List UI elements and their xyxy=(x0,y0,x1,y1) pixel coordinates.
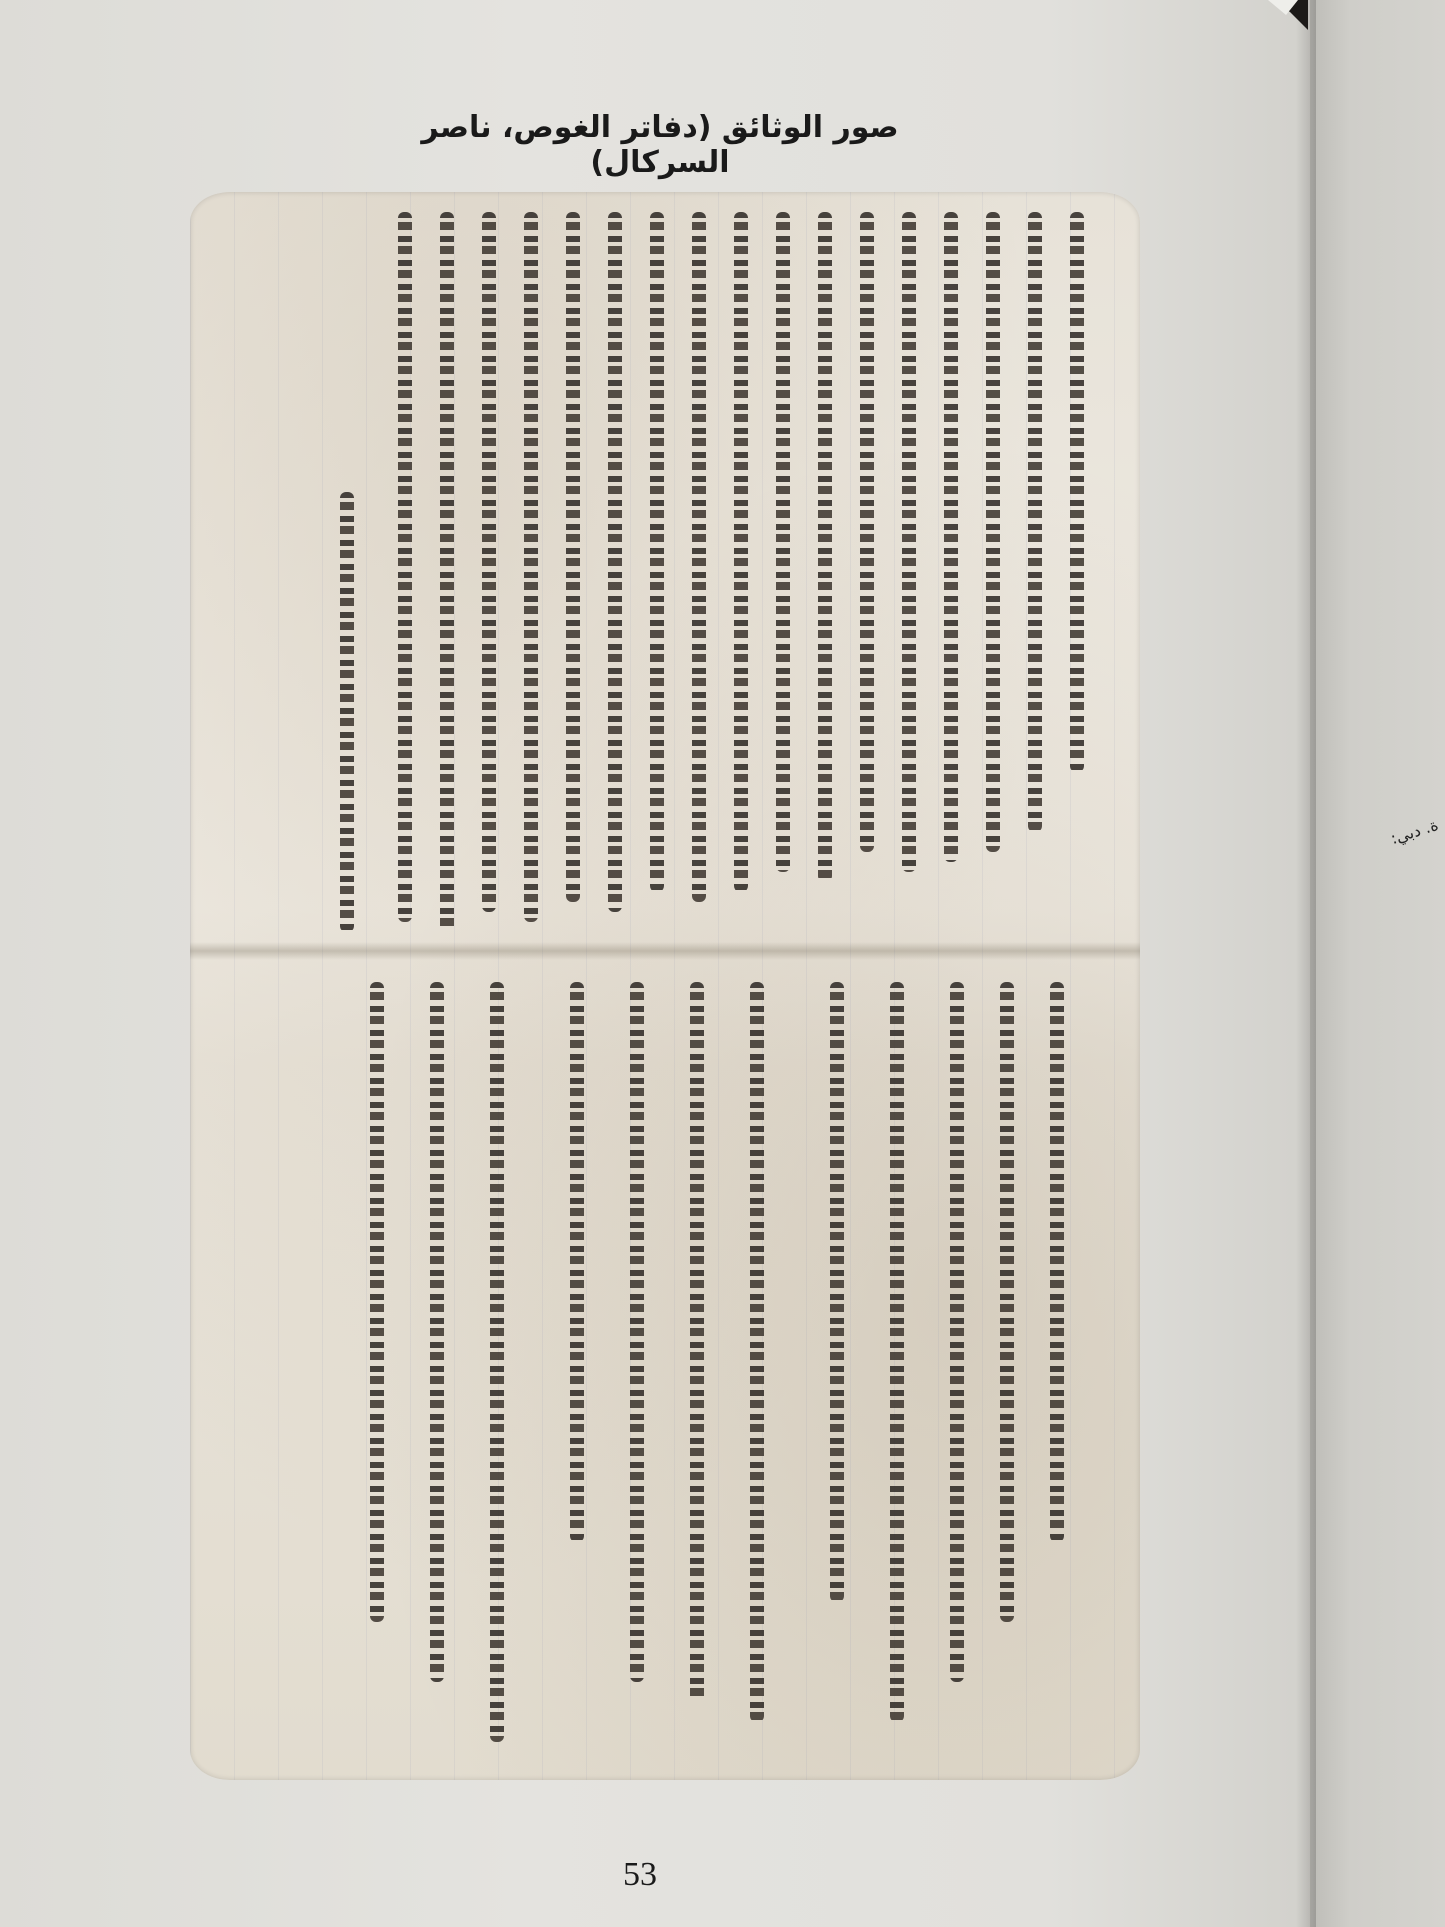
handwritten-line xyxy=(776,212,790,872)
page-number: 53 xyxy=(590,1856,690,1894)
handwritten-line xyxy=(524,212,538,922)
handwritten-line xyxy=(490,982,504,1742)
handwritten-line xyxy=(950,982,964,1682)
page-title: صور الوثائق (دفاتر الغوص، ناصر السركال) xyxy=(370,110,950,180)
handwritten-line xyxy=(690,982,704,1702)
handwritten-line xyxy=(340,492,354,932)
manuscript-handwriting xyxy=(190,192,1140,1780)
handwritten-line xyxy=(750,982,764,1722)
handwritten-line xyxy=(370,982,384,1622)
handwritten-line xyxy=(902,212,916,872)
handwritten-line xyxy=(440,212,454,932)
handwritten-line xyxy=(1050,982,1064,1542)
handwritten-line xyxy=(734,212,748,892)
right-book-page xyxy=(1310,0,1445,1927)
handwritten-line xyxy=(1028,212,1042,832)
handwritten-line xyxy=(818,212,832,882)
handwritten-line xyxy=(986,212,1000,852)
handwritten-line xyxy=(944,212,958,862)
handwritten-line xyxy=(860,212,874,852)
handwritten-line xyxy=(630,982,644,1682)
handwritten-line xyxy=(566,212,580,902)
handwritten-line xyxy=(608,212,622,912)
handwritten-line xyxy=(1070,212,1084,772)
book-gutter xyxy=(1296,0,1316,1927)
handwritten-line xyxy=(692,212,706,902)
handwritten-line xyxy=(482,212,496,912)
handwritten-line xyxy=(570,982,584,1542)
handwritten-line xyxy=(1000,982,1014,1622)
handwritten-line xyxy=(398,212,412,922)
handwritten-line xyxy=(830,982,844,1602)
manuscript-photo xyxy=(190,192,1140,1780)
handwritten-line xyxy=(890,982,904,1722)
handwritten-line xyxy=(430,982,444,1682)
handwritten-line xyxy=(650,212,664,892)
